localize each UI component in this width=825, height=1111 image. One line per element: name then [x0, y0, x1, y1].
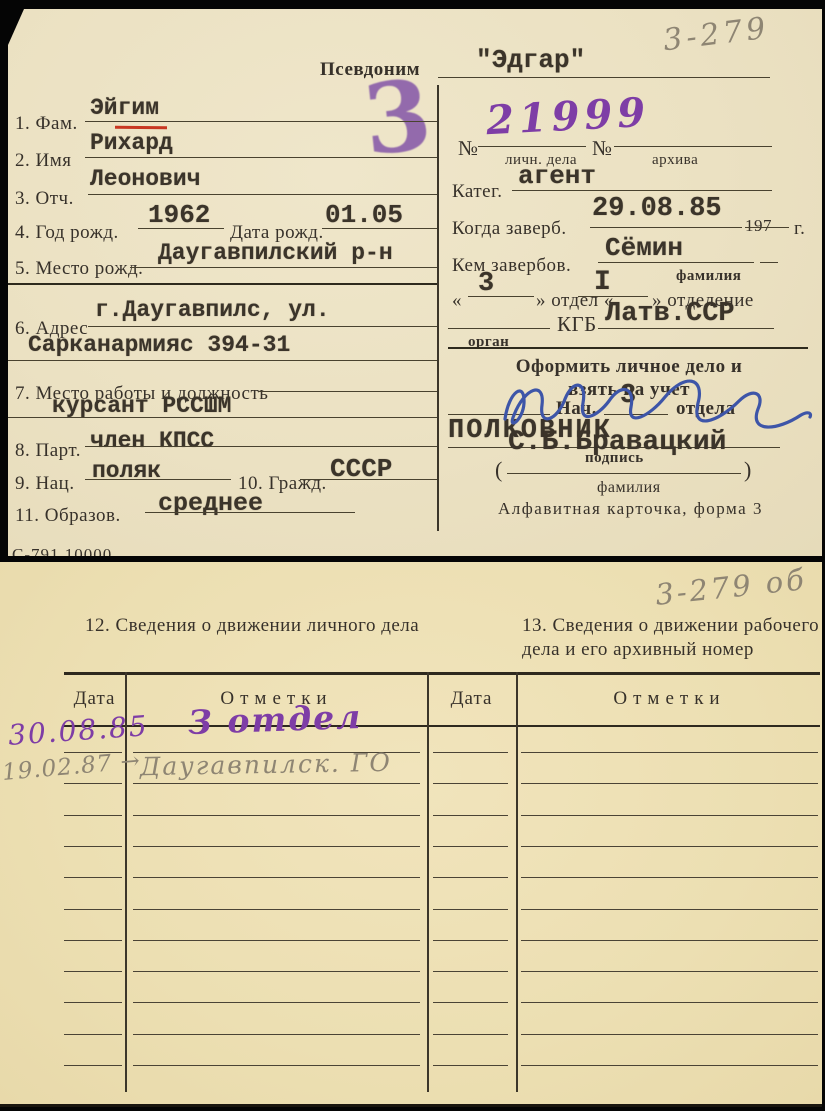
field-name-line — [85, 157, 437, 158]
table-rule-segment — [133, 940, 420, 941]
table-rule-segment — [64, 783, 122, 784]
field-work-label-line — [258, 391, 437, 392]
recruited-by-value: Сёмин — [605, 233, 683, 263]
file-no-value: 21999 — [485, 89, 651, 145]
table-rule-segment — [433, 971, 508, 972]
archive-code-front: 3-279 — [661, 11, 771, 59]
table-rule-segment — [433, 1034, 508, 1035]
table-rule-segment — [64, 1034, 122, 1035]
field-education-label: 11. Образов. — [15, 505, 121, 527]
file-no-label: № — [458, 136, 479, 161]
field-birthyear-line — [138, 228, 224, 229]
table-rule-segment — [133, 971, 420, 972]
field-surname-line — [85, 121, 437, 122]
table-rule-segment — [433, 752, 508, 753]
section-divider-line — [8, 283, 437, 285]
field-work-value: курсант РССШМ — [52, 393, 231, 419]
field-birthplace-value: Даугавпилский р-н — [158, 240, 393, 266]
print-run-code: С-791 10000 — [12, 545, 112, 556]
red-underline-mark — [115, 126, 167, 130]
field-party-label: 8. Парт. — [15, 440, 81, 462]
table-rule-segment — [433, 940, 508, 941]
field-nationality-line — [85, 479, 231, 480]
otdel-value: 3 — [478, 269, 494, 299]
field-patronymic-value: Леонович — [90, 166, 200, 192]
chief-name-line — [507, 473, 741, 474]
field-work-line — [8, 417, 437, 418]
table-rule-segment — [64, 1065, 122, 1066]
table-rule-segment — [521, 846, 818, 847]
surname-caption-2: фамилия — [597, 479, 661, 497]
table-rule-segment — [433, 909, 508, 910]
surname-caption: фамилия — [676, 268, 741, 285]
organ-line2 — [598, 328, 774, 329]
otdel-line — [468, 296, 534, 297]
recruited-by-line2 — [760, 262, 778, 263]
field-citizenship-line — [300, 479, 437, 480]
field-party-value: член КПСС — [90, 428, 214, 454]
year-suffix: г. — [794, 218, 805, 240]
column-divider-line — [437, 85, 439, 531]
field-patronymic-label: 3. Отч. — [15, 188, 74, 210]
category-label: Катег. — [452, 181, 503, 203]
recruited-when-value: 29.08.85 — [592, 194, 722, 224]
table-rule-segment — [133, 783, 420, 784]
recruited-when-label: Когда заверб. — [452, 218, 567, 240]
organ-bottom-line — [448, 347, 808, 349]
table-rule-segment — [433, 1002, 508, 1003]
organ-line1 — [448, 328, 550, 329]
field-birthplace-line — [130, 267, 437, 268]
table-rule-segment — [521, 940, 818, 941]
field-nationality-label: 9. Нац. — [15, 473, 75, 495]
card-front: 3-279 Псевдоним "Эдгар" 3 1. Фам. Эйгим … — [8, 9, 822, 556]
chief-name: С.Б.Бравацкий — [508, 427, 726, 458]
form-caption: Алфавитная карточка, форма 3 — [498, 499, 763, 519]
table-rule-segment — [521, 971, 818, 972]
organ-value: Латв.ССР — [605, 299, 735, 329]
table-rule-segment — [64, 877, 122, 878]
scanned-document: 3-279 Псевдоним "Эдгар" 3 1. Фам. Эйгим … — [0, 0, 825, 1111]
table-rule-segment — [133, 1034, 420, 1035]
field-name-value: Рихард — [90, 130, 173, 156]
table-rule-segment — [64, 940, 122, 941]
archive-no-line — [614, 146, 772, 147]
otdelenie-line — [578, 296, 648, 297]
field-surname-value: Эйгим — [90, 95, 159, 121]
table-rule-segment — [521, 1002, 818, 1003]
table-rule-segment — [64, 909, 122, 910]
table-ruled-rows — [0, 562, 822, 1104]
field-address-line1 — [88, 326, 437, 327]
field-surname-label: 1. Фам. — [15, 113, 78, 135]
paren-open: ( — [495, 457, 503, 483]
table-rule-segment — [64, 815, 122, 816]
year-preprint: 197 — [745, 216, 772, 236]
pseudonym-value: "Эдгар" — [476, 45, 585, 75]
table-rule-segment — [521, 752, 818, 753]
archive-no-label: № — [592, 136, 613, 161]
entry-2-note: Даугавпилск. ГО — [140, 748, 392, 781]
table-rule-segment — [133, 909, 420, 910]
table-rule-segment — [521, 1034, 818, 1035]
category-value: агент — [518, 161, 596, 191]
field-address-value2: Сарканармияс 394-31 — [28, 332, 290, 358]
field-education-value: среднее — [158, 489, 263, 518]
recruited-by-line — [598, 262, 754, 263]
field-address-value1: г.Даугавпилс, ул. — [95, 297, 330, 323]
organ-preprint: КГБ — [557, 312, 597, 337]
field-education-line — [145, 512, 355, 513]
table-rule-segment — [133, 877, 420, 878]
table-rule-segment — [521, 909, 818, 910]
table-rule-segment — [64, 1002, 122, 1003]
table-rule-segment — [64, 846, 122, 847]
field-name-label: 2. Имя — [15, 150, 71, 172]
file-no-line — [478, 146, 586, 147]
field-birthdate-line — [322, 228, 437, 229]
table-rule-segment — [433, 815, 508, 816]
table-rule-segment — [433, 783, 508, 784]
table-rule-segment — [133, 1065, 420, 1066]
table-rule-segment — [433, 1065, 508, 1066]
table-rule-segment — [521, 815, 818, 816]
table-rule-segment — [133, 815, 420, 816]
table-rule-segment — [521, 877, 818, 878]
recruited-by-label: Кем завербов. — [452, 255, 571, 277]
entry-1-note: З отдел — [187, 697, 363, 742]
card-back: 3-279 об 12. Сведения о движении личного… — [0, 562, 822, 1107]
table-rule-segment — [433, 877, 508, 878]
table-rule-segment — [521, 783, 818, 784]
stamp-digit-3: 3 — [358, 58, 436, 177]
field-birthplace-label: 5. Место рожд. — [15, 258, 143, 280]
field-party-line — [85, 446, 437, 447]
field-nationality-value: поляк — [92, 458, 161, 484]
archive-no-caption: архива — [652, 152, 698, 169]
field-address-line2 — [8, 360, 437, 361]
field-birthyear-label: 4. Год рожд. — [15, 222, 119, 244]
table-rule-segment — [64, 971, 122, 972]
otdelenie-value: I — [594, 267, 611, 298]
year-preprint-line — [745, 227, 789, 228]
recruited-when-line — [590, 227, 742, 228]
table-rule-segment — [521, 1065, 818, 1066]
otdel-open-quote: « — [452, 290, 462, 312]
table-rule-segment — [433, 846, 508, 847]
category-line — [512, 190, 772, 191]
pseudonym-underline — [438, 77, 770, 78]
field-birthyear-value: 1962 — [148, 200, 210, 230]
table-rule-segment — [133, 1002, 420, 1003]
paren-close: ) — [744, 457, 752, 483]
field-birthdate-value: 01.05 — [325, 200, 403, 230]
table-rule-segment — [133, 846, 420, 847]
field-patronymic-line — [88, 194, 437, 195]
